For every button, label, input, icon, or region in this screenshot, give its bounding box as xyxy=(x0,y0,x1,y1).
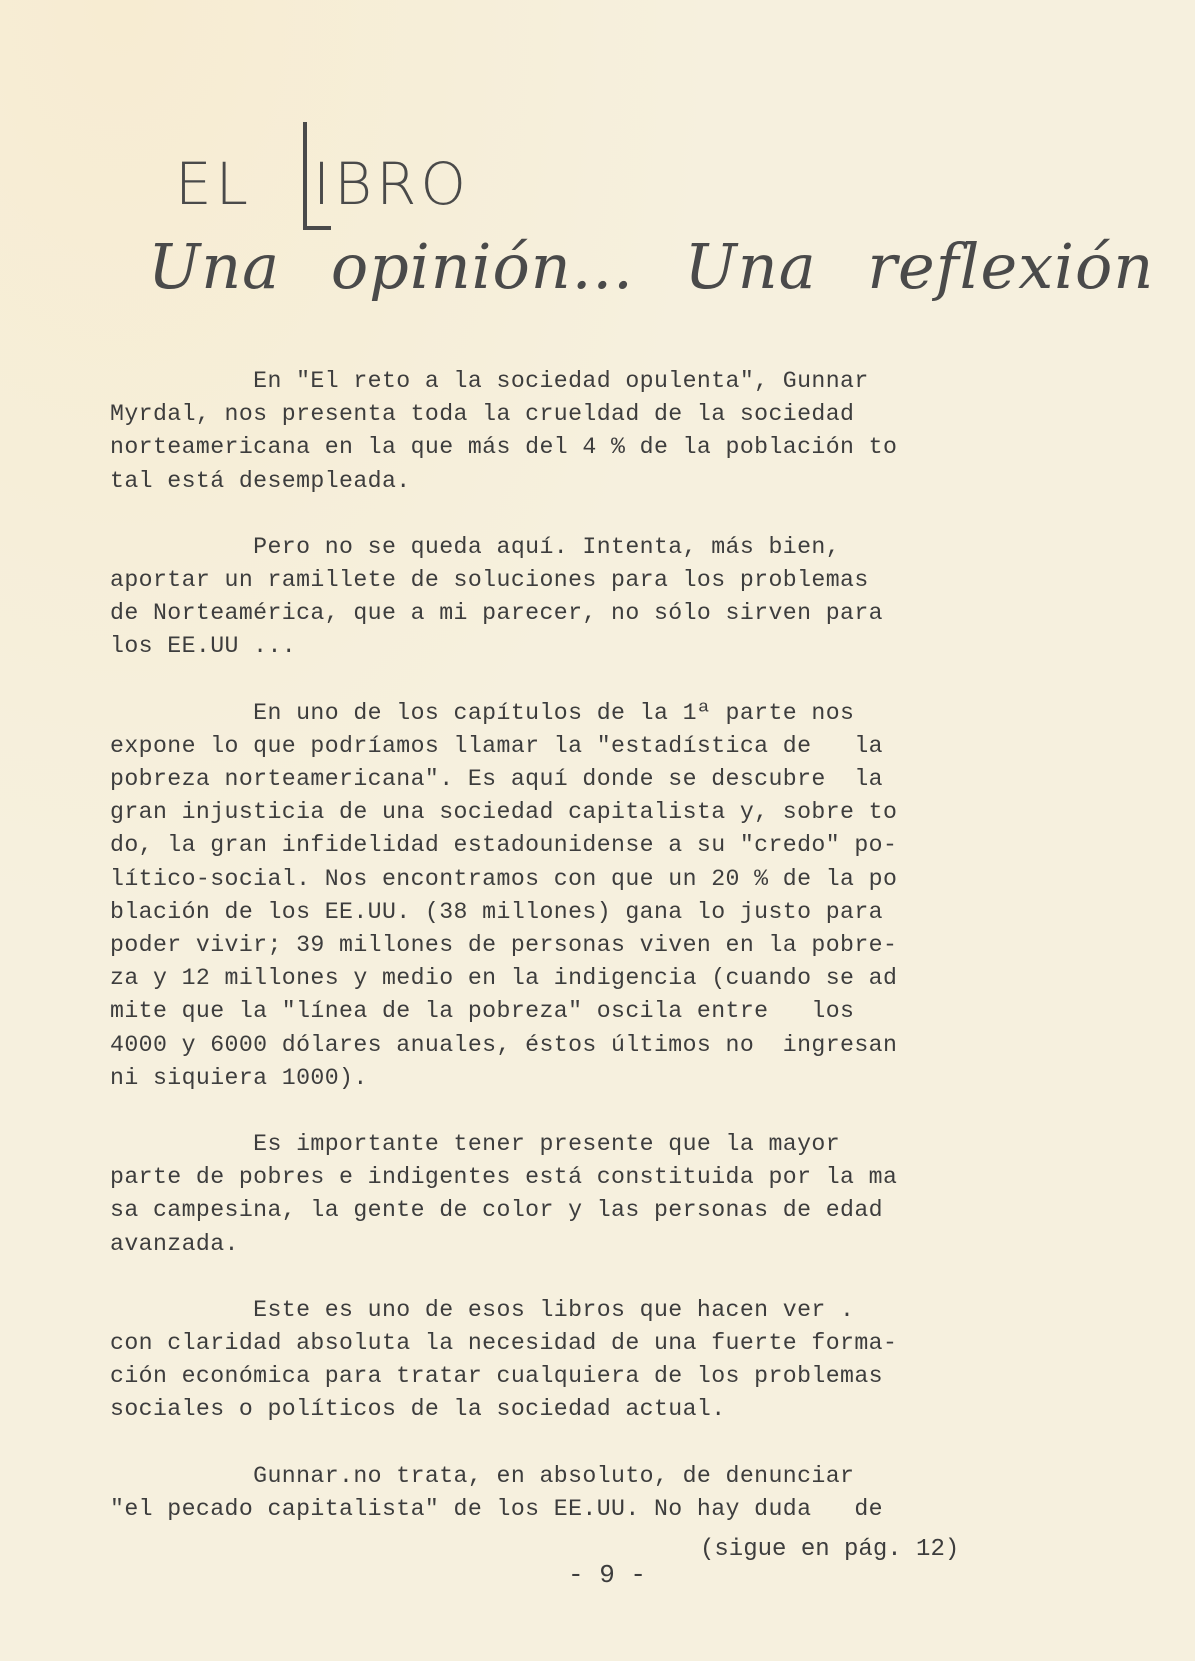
text-line: "el pecado capitalista" de los EE.UU. No… xyxy=(110,1493,1070,1526)
text-line: Pero no se queda aquí. Intenta, más bien… xyxy=(110,531,1070,564)
text-line: 4000 y 6000 dólares anuales, éstos últim… xyxy=(110,1029,1070,1062)
text-line: gran injusticia de una sociedad capitali… xyxy=(110,796,1070,829)
text-line: tal está desempleada. xyxy=(110,465,1070,498)
text-line: avanzada. xyxy=(110,1228,1070,1261)
text-line: ni siquiera 1000). xyxy=(110,1062,1070,1095)
paragraph: Este es uno de esos libros que hacen ver… xyxy=(110,1294,1070,1427)
document-page: EL IBRO Una opinión... Una reflexión En … xyxy=(0,0,1195,1661)
text-line: de Norteamérica, que a mi parecer, no só… xyxy=(110,597,1070,630)
text-line: con claridad absoluta la necesidad de un… xyxy=(110,1327,1070,1360)
text-line: Este es uno de esos libros que hacen ver… xyxy=(110,1294,1070,1327)
text-line: za y 12 millones y medio en la indigenci… xyxy=(110,962,1070,995)
paragraph: En "El reto a la sociedad opulenta", Gun… xyxy=(110,365,1070,498)
paragraph: Gunnar.no trata, en absoluto, de denunci… xyxy=(110,1460,1070,1526)
text-line: norteamericana en la que más del 4 % de … xyxy=(110,431,1070,464)
title-prefix: EL xyxy=(175,150,252,218)
text-line: do, la gran infidelidad estadounidense a… xyxy=(110,829,1070,862)
text-line: mite que la "línea de la pobreza" oscila… xyxy=(110,995,1070,1028)
text-line: Myrdal, nos presenta toda la crueldad de… xyxy=(110,398,1070,431)
text-line: pobreza norteamericana". Es aquí donde s… xyxy=(110,763,1070,796)
text-line: sociales o políticos de la sociedad actu… xyxy=(110,1393,1070,1426)
text-line: sa campesina, la gente de color y las pe… xyxy=(110,1194,1070,1227)
text-line: los EE.UU ... xyxy=(110,630,1070,663)
paragraph: Es importante tener presente que la mayo… xyxy=(110,1128,1070,1261)
text-line: En "El reto a la sociedad opulenta", Gun… xyxy=(110,365,1070,398)
title-rest: IBRO xyxy=(313,150,470,218)
article-body: En "El reto a la sociedad opulenta", Gun… xyxy=(110,365,1070,1559)
text-line: lítico-social. Nos encontramos con que u… xyxy=(110,863,1070,896)
paragraph: Pero no se queda aquí. Intenta, más bien… xyxy=(110,531,1070,664)
article-subtitle: Una opinión... Una reflexión xyxy=(148,230,1154,303)
page-number: - 9 - xyxy=(568,1560,646,1590)
continuation-note: (sigue en pág. 12) xyxy=(700,1536,959,1563)
text-line: parte de pobres e indigentes está consti… xyxy=(110,1161,1070,1194)
text-line: Es importante tener presente que la mayo… xyxy=(110,1128,1070,1161)
text-line: aportar un ramillete de soluciones para … xyxy=(110,564,1070,597)
text-line: Gunnar.no trata, en absoluto, de denunci… xyxy=(110,1460,1070,1493)
text-line: expone lo que podríamos llamar la "estad… xyxy=(110,730,1070,763)
text-line: ción económica para tratar cualquiera de… xyxy=(110,1360,1070,1393)
text-line: En uno de los capítulos de la 1ª parte n… xyxy=(110,697,1070,730)
text-line: blación de los EE.UU. (38 millones) gana… xyxy=(110,896,1070,929)
text-line: poder vivir; 39 millones de personas viv… xyxy=(110,929,1070,962)
paragraph: En uno de los capítulos de la 1ª parte n… xyxy=(110,697,1070,1095)
